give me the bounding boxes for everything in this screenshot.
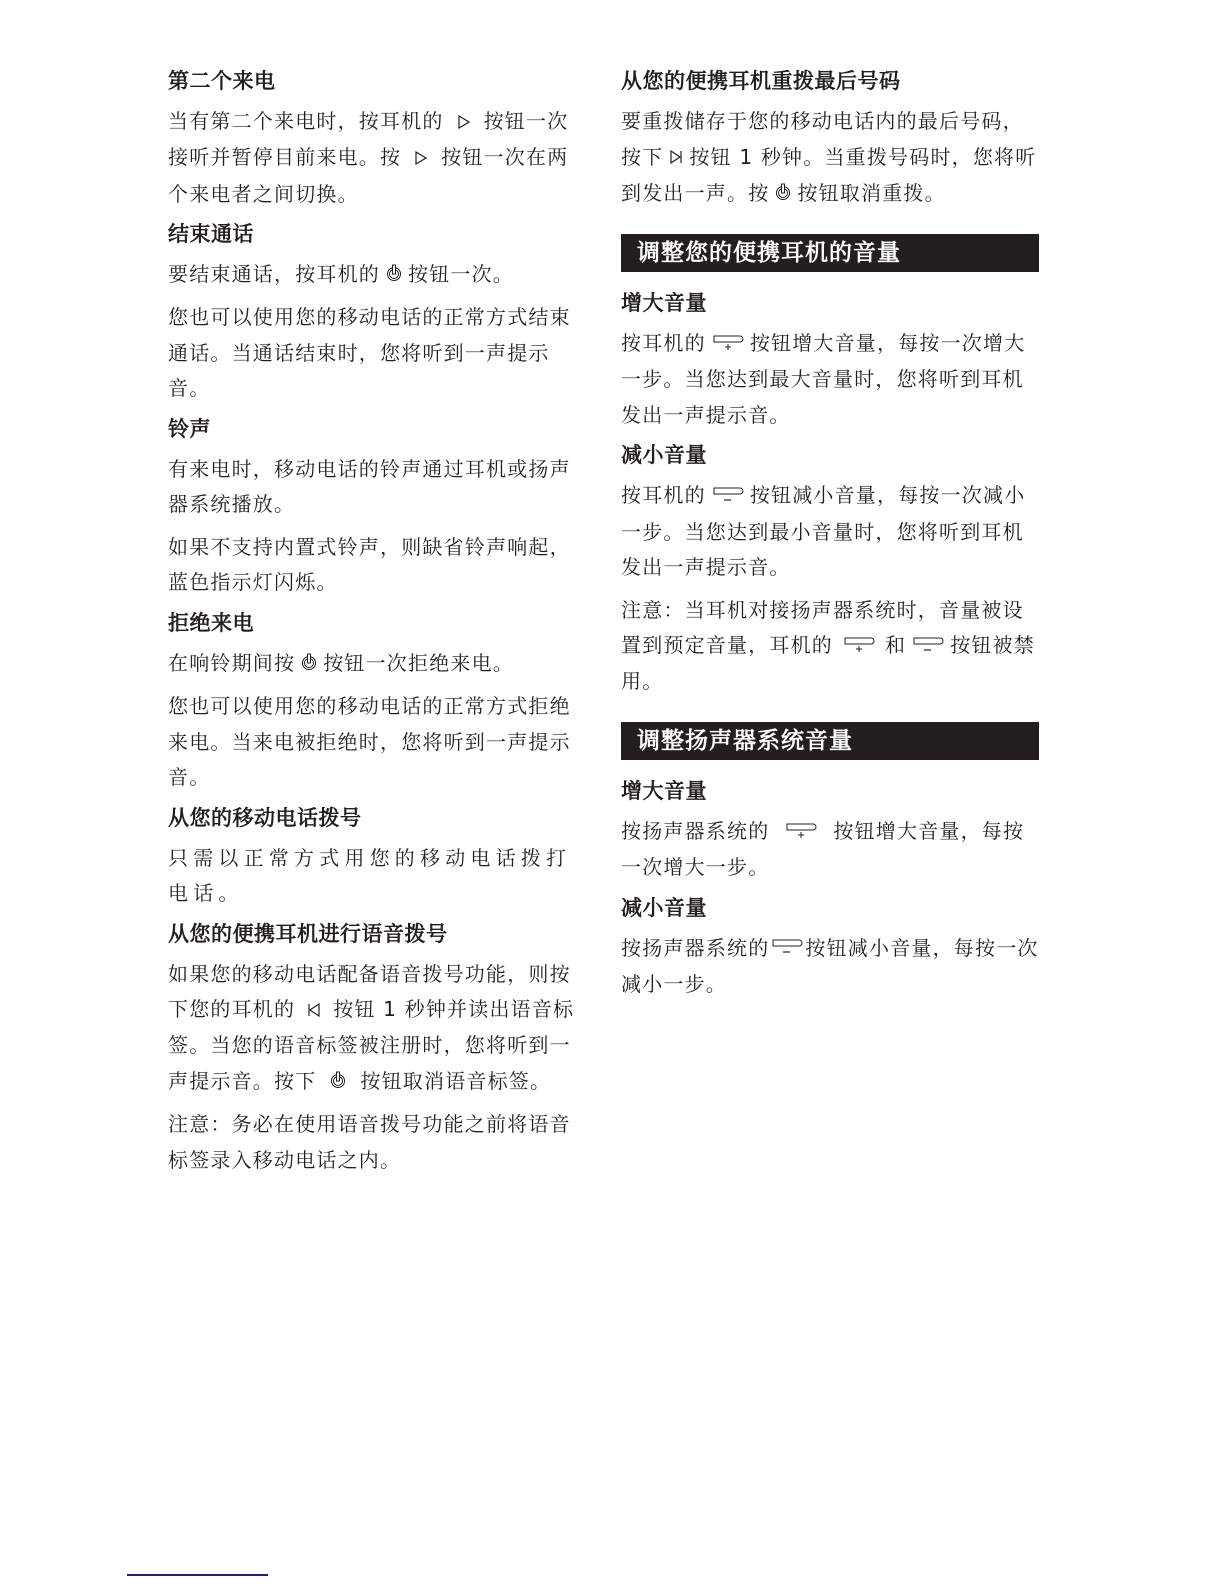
section-bar-headset-volume: 调整您的便携耳机的音量 (621, 234, 1039, 272)
heading-headset-volume-down: 减小音量 (621, 440, 1041, 470)
heading-redial: 从您的便携耳机重拨最后号码 (621, 66, 1041, 96)
paragraph-reject-call-2: 您也可以使用您的移动电话的正常方式拒绝来电。当来电被拒绝时，您将听到一声提示音。 (168, 689, 588, 796)
power-icon (775, 177, 791, 213)
power-icon (386, 258, 402, 294)
volume-down-icon (712, 479, 744, 515)
volume-down-icon (771, 931, 803, 967)
play-icon (415, 141, 427, 177)
paragraph-redial: 要重拨储存于您的移动电话内的最后号码，按下按钮 1 秒钟。当重拨号码时，您将听到… (621, 104, 1041, 212)
heading-speaker-volume-up: 增大音量 (621, 776, 1041, 806)
heading-end-call: 结束通话 (168, 219, 588, 249)
paragraph-reject-call-1: 在响铃期间按按钮一次拒绝来电。 (168, 646, 588, 682)
heading-speaker-volume-down: 减小音量 (621, 893, 1041, 923)
left-column: 第二个来电 当有第二个来电时，按耳机的按钮一次接听并暂停目前来电。按按钮一次在两… (168, 66, 588, 1185)
heading-second-call: 第二个来电 (168, 66, 588, 96)
heading-headset-volume-up: 增大音量 (621, 288, 1041, 318)
power-icon (330, 1065, 346, 1101)
paragraph-headset-volume-note: 注意：当耳机对接扬声器系统时，音量被设置到预定音量，耳机的和按钮被禁用。 (621, 593, 1041, 700)
paragraph-voice-dial-note: 注意：务必在使用语音拨号功能之前将语音标签录入移动电话之内。 (168, 1107, 588, 1178)
play-icon (458, 105, 470, 141)
right-column: 从您的便携耳机重拨最后号码 要重拨储存于您的移动电话内的最后号码，按下按钮 1 … (621, 66, 1041, 1009)
heading-reject-call: 拒绝来电 (168, 608, 588, 638)
volume-up-icon (843, 629, 875, 665)
skip-forward-icon (669, 140, 683, 176)
skip-back-icon (307, 993, 321, 1029)
section-bar-speaker-volume: 调整扬声器系统音量 (621, 722, 1039, 760)
volume-up-icon (785, 815, 817, 851)
paragraph-headset-volume-down: 按耳机的按钮减小音量，每按一次减小一步。当您达到最小音量时，您将听到耳机发出一声… (621, 478, 1041, 585)
heading-voice-dial: 从您的便携耳机进行语音拨号 (168, 919, 588, 949)
volume-down-icon (912, 629, 944, 665)
volume-up-icon (712, 327, 744, 363)
paragraph-speaker-volume-down: 按扬声器系统的按钮减小音量，每按一次减小一步。 (621, 931, 1041, 1003)
paragraph-second-call: 当有第二个来电时，按耳机的按钮一次接听并暂停目前来电。按按钮一次在两个来电者之间… (168, 104, 588, 212)
heading-ringtone: 铃声 (168, 414, 588, 444)
paragraph-voice-dial-1: 如果您的移动电话配备语音拨号功能，则按下您的耳机的按钮 1 秒钟并读出语音标签。… (168, 957, 588, 1101)
paragraph-headset-volume-up: 按耳机的按钮增大音量，每按一次增大一步。当您达到最大音量时，您将听到耳机发出一声… (621, 326, 1041, 433)
power-icon (301, 647, 317, 683)
paragraph-end-call-2: 您也可以使用您的移动电话的正常方式结束通话。当通话结束时，您将听到一声提示音。 (168, 300, 588, 407)
paragraph-ringtone-1: 有来电时，移动电话的铃声通过耳机或扬声器系统播放。 (168, 452, 588, 523)
paragraph-speaker-volume-up: 按扬声器系统的按钮增大音量，每按一次增大一步。 (621, 814, 1041, 886)
paragraph-end-call-1: 要结束通话，按耳机的按钮一次。 (168, 257, 588, 293)
footer-rule (127, 1574, 268, 1576)
paragraph-dial-phone: 只需以正常方式用您的移动电话拨打电话。 (168, 841, 588, 912)
paragraph-ringtone-2: 如果不支持内置式铃声，则缺省铃声响起，蓝色指示灯闪烁。 (168, 530, 588, 601)
heading-dial-phone: 从您的移动电话拨号 (168, 803, 588, 833)
